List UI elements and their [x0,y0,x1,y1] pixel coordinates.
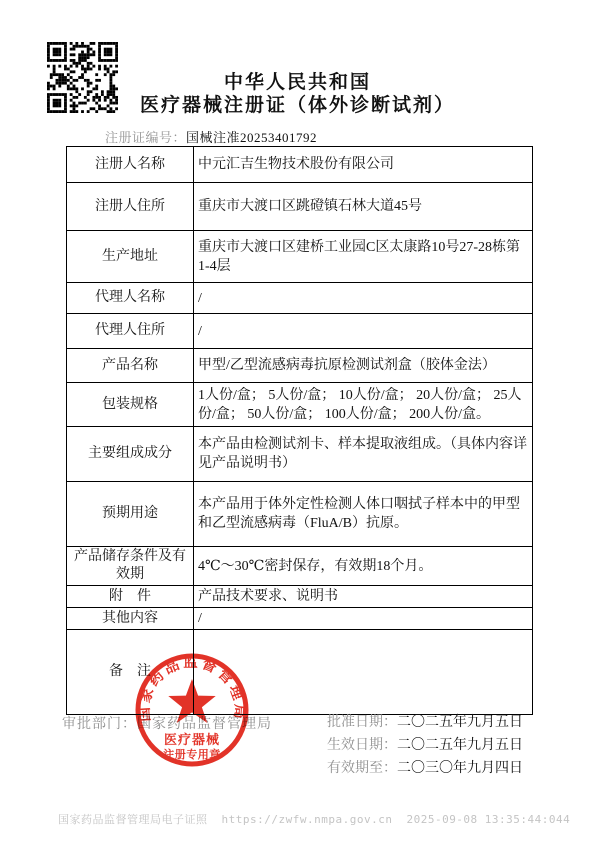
field-label: 其他内容 [67,608,194,630]
table-row-agent-address: 代理人住所 / [67,314,533,349]
field-label: 附 件 [67,586,194,608]
expiry-date-row: 有效期至：二〇三〇年九月四日 [327,757,523,780]
field-label: 生产地址 [67,231,194,283]
field-value: 本产品用于体外定性检测人体口咽拭子样本中的甲型和乙型流感病毒（FluA/B）抗原… [194,482,533,547]
table-row-agent-name: 代理人名称 / [67,283,533,314]
registration-number-value: 国械注准20253401792 [186,130,317,145]
field-value: 重庆市大渡口区跳磴镇石林大道45号 [194,183,533,231]
effective-date-value: 二〇二五年九月五日 [397,738,523,753]
field-value: 本产品由检测试剂卡、样本提取液组成。（具体内容详见产品说明书） [194,427,533,482]
table-row-storage-validity: 产品储存条件及有效期 4℃～30℃密封保存，有效期18个月。 [67,547,533,586]
approval-department-label: 审批部门： [62,717,137,732]
expiry-date-label: 有效期至： [327,761,397,776]
approval-dates: 批准日期：二〇二五年九月五日 生效日期：二〇二五年九月五日 有效期至：二〇三〇年… [327,711,523,780]
footer-timestamp: 2025-09-08 13:35:44:044 [406,813,570,826]
registration-number-line: 注册证编号：国械注准20253401792 [105,127,317,146]
field-value: / [194,283,533,314]
table-row-attachments: 附 件 产品技术要求、说明书 [67,586,533,608]
certificate-page: 中华人民共和国 医疗器械注册证（体外诊断试剂） 注册证编号：国械注准202534… [0,0,595,842]
certificate-title: 中华人民共和国 医疗器械注册证（体外诊断试剂） [0,71,595,117]
field-value: 1人份/盒； 5人份/盒； 10人份/盒； 20人份/盒； 25人份/盒； 50… [194,383,533,427]
field-label: 预期用途 [67,482,194,547]
field-label: 注册人住所 [67,183,194,231]
effective-date-row: 生效日期：二〇二五年九月五日 [327,734,523,757]
stamp-text-line1: 医疗器械 [164,732,220,747]
effective-date-label: 生效日期： [327,738,397,753]
field-value: 产品技术要求、说明书 [194,586,533,608]
field-value: 中元汇吉生物技术股份有限公司 [194,147,533,183]
field-label: 注册人名称 [67,147,194,183]
approval-date-row: 批准日期：二〇二五年九月五日 [327,711,523,734]
table-row-other-content: 其他内容 / [67,608,533,630]
field-label: 代理人名称 [67,283,194,314]
approval-date-label: 批准日期： [327,715,397,730]
certificate-table: 注册人名称 中元汇吉生物技术股份有限公司 注册人住所 重庆市大渡口区跳磴镇石林大… [66,146,533,715]
approval-date-value: 二〇二五年九月五日 [397,715,523,730]
table-row-registrant-name: 注册人名称 中元汇吉生物技术股份有限公司 [67,147,533,183]
field-value: 甲型/乙型流感病毒抗原检测试剂盒（胶体金法） [194,349,533,383]
official-stamp: 国家药品监督管理局 医疗器械 注册专用章 [132,650,252,770]
stamp-text-line2: 注册专用章 [163,747,221,761]
table-row-main-components: 主要组成成分 本产品由检测试剂卡、样本提取液组成。（具体内容详见产品说明书） [67,427,533,482]
table-row-product-name: 产品名称 甲型/乙型流感病毒抗原检测试剂盒（胶体金法） [67,349,533,383]
field-label: 产品储存条件及有效期 [67,547,194,586]
table-row-packaging-spec: 包装规格 1人份/盒； 5人份/盒； 10人份/盒； 20人份/盒； 25人份/… [67,383,533,427]
field-label: 代理人住所 [67,314,194,349]
field-value: 4℃～30℃密封保存，有效期18个月。 [194,547,533,586]
field-label: 主要组成成分 [67,427,194,482]
field-value: / [194,608,533,630]
expiry-date-value: 二〇三〇年九月四日 [397,761,523,776]
table-row-production-address: 生产地址 重庆市大渡口区建桥工业园C区太康路10号27-28栋第1-4层 [67,231,533,283]
footer-issuer: 国家药品监督管理局电子证照 [58,813,208,826]
field-value: / [194,314,533,349]
certificate-title-line2: 医疗器械注册证（体外诊断试剂） [0,94,595,117]
registration-number-label: 注册证编号： [105,130,186,145]
field-label: 包装规格 [67,383,194,427]
table-row-registrant-address: 注册人住所 重庆市大渡口区跳磴镇石林大道45号 [67,183,533,231]
certificate-title-line1: 中华人民共和国 [0,71,595,94]
field-label: 产品名称 [67,349,194,383]
footer: 国家药品监督管理局电子证照https://zwfw.nmpa.gov.cn202… [58,811,584,827]
footer-url: https://zwfw.nmpa.gov.cn [222,813,393,826]
star-icon [168,679,215,723]
table-row-intended-use: 预期用途 本产品用于体外定性检测人体口咽拭子样本中的甲型和乙型流感病毒（FluA… [67,482,533,547]
field-value: 重庆市大渡口区建桥工业园C区太康路10号27-28栋第1-4层 [194,231,533,283]
